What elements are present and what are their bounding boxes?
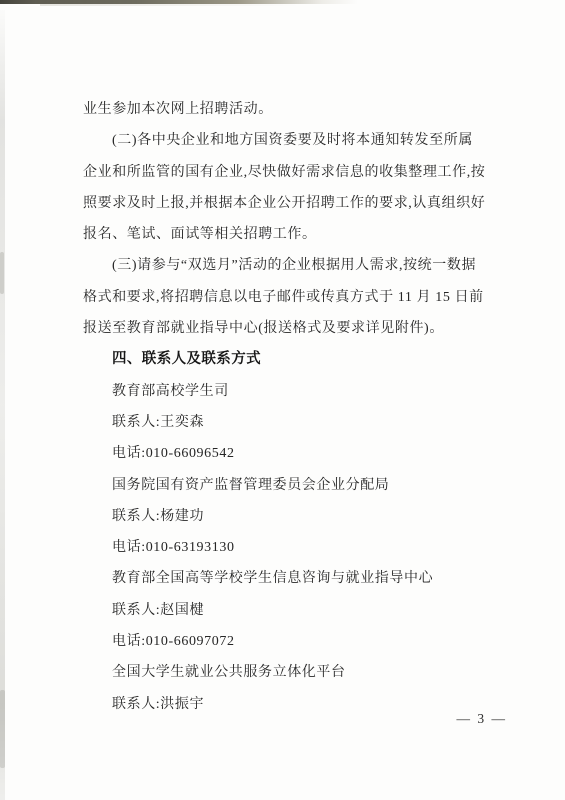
- paragraph-line: 业生参加本次网上招聘活动。: [83, 94, 523, 125]
- contact-phone-line: 电话:010-66097072: [83, 626, 523, 657]
- org-name-line: 教育部全国高等学校学生信息咨询与就业指导中心: [83, 563, 523, 594]
- contact-person-line: 联系人:赵国楗: [83, 595, 523, 626]
- org-name-line: 全国大学生就业公共服务立体化平台: [83, 657, 523, 688]
- paragraph-line: 照要求及时上报,并根据本企业公开招聘工作的要求,认真组织好: [83, 188, 523, 219]
- paragraph-line: 报送至教育部就业指导中心(报送格式及要求详见附件)。: [83, 313, 523, 344]
- paragraph-line: 格式和要求,将招聘信息以电子邮件或传真方式于 11 月 15 日前: [83, 282, 523, 313]
- page-number: — 3 —: [457, 711, 508, 727]
- scan-smudge: [0, 690, 5, 768]
- contact-person-line: 联系人:王奕森: [83, 407, 523, 438]
- scan-edge-artifact-left: [0, 10, 5, 800]
- paragraph-line: (二)各中央企业和地方国资委要及时将本通知转发至所属: [83, 125, 523, 156]
- paragraph-line: 报名、笔试、面试等相关招聘工作。: [83, 219, 523, 250]
- scanned-document-page: 业生参加本次网上招聘活动。 (二)各中央企业和地方国资委要及时将本通知转发至所属…: [0, 0, 565, 800]
- paragraph-line: (三)请参与“双选月”活动的企业根据用人需求,按统一数据: [83, 250, 523, 281]
- org-name-line: 教育部高校学生司: [83, 376, 523, 407]
- contact-phone-line: 电话:010-66096542: [83, 438, 523, 469]
- contact-person-line: 联系人:杨建功: [83, 501, 523, 532]
- paragraph-line: 企业和所监管的国有企业,尽快做好需求信息的收集整理工作,按: [83, 157, 523, 188]
- contact-phone-line: 电话:010-63193130: [83, 532, 523, 563]
- scan-smudge: [0, 252, 4, 294]
- scan-edge-artifact-top-faint: [40, 4, 300, 6]
- org-name-line: 国务院国有资产监督管理委员会企业分配局: [83, 470, 523, 501]
- document-body: 业生参加本次网上招聘活动。 (二)各中央企业和地方国资委要及时将本通知转发至所属…: [83, 94, 523, 720]
- section-heading-contacts: 四、联系人及联系方式: [83, 344, 523, 375]
